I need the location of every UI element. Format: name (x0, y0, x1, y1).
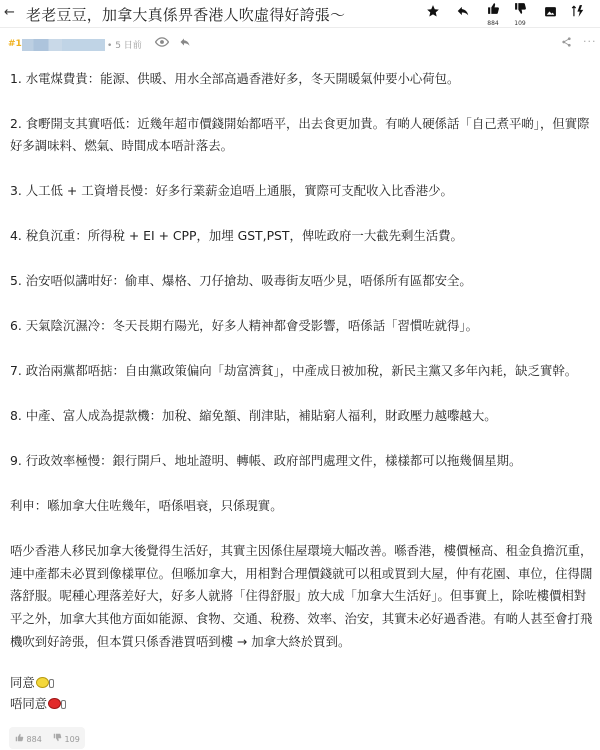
post-body: 1. 水電煤費貴：能源、供暖、用水全部高過香港好多，冬天開暖氣仲要小心荷包。 2… (10, 68, 595, 677)
post-paragraph: 4. 稅負沉重：所得稅 + EI + CPP，加埋 GST,PST，俾咗政府一大… (10, 225, 595, 247)
footer-like-count: 884 (27, 735, 42, 744)
floor-number: #1 (8, 39, 22, 49)
ellipsis-icon: ··· (583, 35, 597, 48)
post-paragraph: 5. 治安唔似講咁好：偷車、爆格、刀仔搶劫、吸毒街友唔少見，唔係所有區都安全。 (10, 270, 595, 292)
disagree-label: 唔同意 (10, 696, 47, 711)
reply-icon (450, 4, 476, 22)
more-options-button[interactable]: ··· (583, 35, 597, 48)
disclaimer-paragraph: 利申：喺加拿大住咗幾年，唔係唱衰，只係現實。 (10, 495, 595, 517)
share-icon (561, 36, 572, 48)
footer-dislike-button[interactable]: 109 (53, 733, 80, 744)
star-icon (420, 4, 446, 22)
view-eye-button[interactable] (155, 36, 169, 51)
separator-dot: • (107, 41, 112, 51)
thumbs-down-icon (53, 733, 62, 742)
footer-like-button[interactable]: 884 (15, 733, 42, 744)
username-blurred[interactable] (22, 39, 105, 51)
thumbs-up-icon (15, 733, 24, 742)
reply-button[interactable] (450, 4, 476, 22)
agree-label: 同意 (10, 675, 35, 690)
like-button[interactable]: 884 (480, 2, 506, 28)
time-ago: 5 日前 (115, 41, 142, 51)
footer-dislike-count: 109 (65, 735, 80, 744)
image-icon (537, 5, 563, 22)
dislike-button[interactable]: 109 (507, 2, 533, 28)
thumb-down-emoticon-icon (61, 700, 66, 709)
thumbs-down-icon (507, 2, 533, 19)
post-paragraph: 3. 人工低 + 工資增長慢：好多行業薪金追唔上通脹，實際可支配收入比香港少。 (10, 180, 595, 202)
quote-reply-button[interactable] (179, 36, 191, 51)
post-paragraph: 7. 政治兩黨都唔掂：自由黨政策偏向「劫富濟貧」，中產成日被加稅，新民主黨又多年… (10, 360, 595, 382)
sort-button[interactable] (565, 4, 591, 22)
smiley-agree-icon (36, 677, 49, 688)
vote-text: 同意 唔同意 (10, 672, 66, 714)
dislike-count: 109 (507, 20, 533, 28)
image-mode-button[interactable] (537, 5, 563, 22)
post-meta: #1 • 5 日前 ··· (0, 30, 600, 62)
post-paragraph: 8. 中產、富人成為提款機：加稅、縮免額、削津貼，補貼窮人福利，財政壓力越嚟越大… (10, 405, 595, 427)
post-paragraph: 2. 食嘢開支其實唔低：近幾年超市價錢開始都唔平，出去食更加貴。有啲人硬係話「自… (10, 113, 595, 157)
like-count: 884 (480, 20, 506, 28)
thread-header: ← 老老豆豆，加拿大真係畀香港人吹虛得好誇張～ 884 109 (0, 0, 600, 28)
eye-icon (155, 36, 169, 48)
angry-disagree-icon (48, 698, 61, 709)
post-paragraph: 1. 水電煤費貴：能源、供暖、用水全部高過香港好多，冬天開暖氣仲要小心荷包。 (10, 68, 595, 90)
post-paragraph: 9. 行政效率極慢：銀行開戶、地址證明、轉帳、政府部門處理文件，樣樣都可以拖幾個… (10, 450, 595, 472)
thread-title: 老老豆豆，加拿大真係畀香港人吹虛得好誇張～ (26, 4, 345, 25)
post-vote-bar: 884 109 (9, 727, 85, 749)
back-arrow-icon[interactable]: ← (4, 5, 15, 20)
reply-icon (179, 36, 191, 48)
bookmark-star-button[interactable] (420, 4, 446, 22)
post-paragraph: 唔少香港人移民加拿大後覺得生活好，其實主因係住屋環境大幅改善。喺香港，樓價極高、… (10, 540, 595, 654)
sort-bolt-icon (565, 4, 591, 22)
thumbs-up-icon (480, 2, 506, 19)
post-time: • 5 日前 (107, 38, 142, 51)
thumb-up-emoticon-icon (49, 679, 54, 688)
post-paragraph: 6. 天氣陰沉濕冷：冬天長期冇陽光，好多人精神都會受影響，唔係話「習慣咗就得」。 (10, 315, 595, 337)
disagree-line: 唔同意 (10, 693, 66, 714)
agree-line: 同意 (10, 672, 66, 693)
share-button[interactable] (561, 36, 572, 51)
